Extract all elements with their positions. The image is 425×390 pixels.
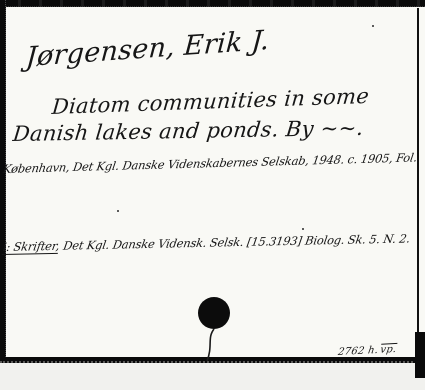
- series-note-prefix: i: Skrifter,: [2, 239, 61, 255]
- catalog-notation-initials: vp.: [379, 344, 397, 356]
- scan-speck: [117, 210, 119, 212]
- scan-edge-right: [417, 8, 419, 332]
- catalog-notation-number: 2762 h.: [337, 345, 379, 358]
- punch-hole-icon: [185, 290, 255, 365]
- punch-hole-graphic: [185, 290, 255, 365]
- scan-edge-top: [0, 0, 425, 7]
- catalog-card-scan: Jørgensen, Erik J. Diatom communities in…: [0, 0, 425, 390]
- scan-speck: [372, 25, 374, 27]
- scan-speck: [302, 228, 304, 230]
- scan-edge-right-lower: [415, 332, 425, 378]
- scan-edge-left: [0, 0, 6, 357]
